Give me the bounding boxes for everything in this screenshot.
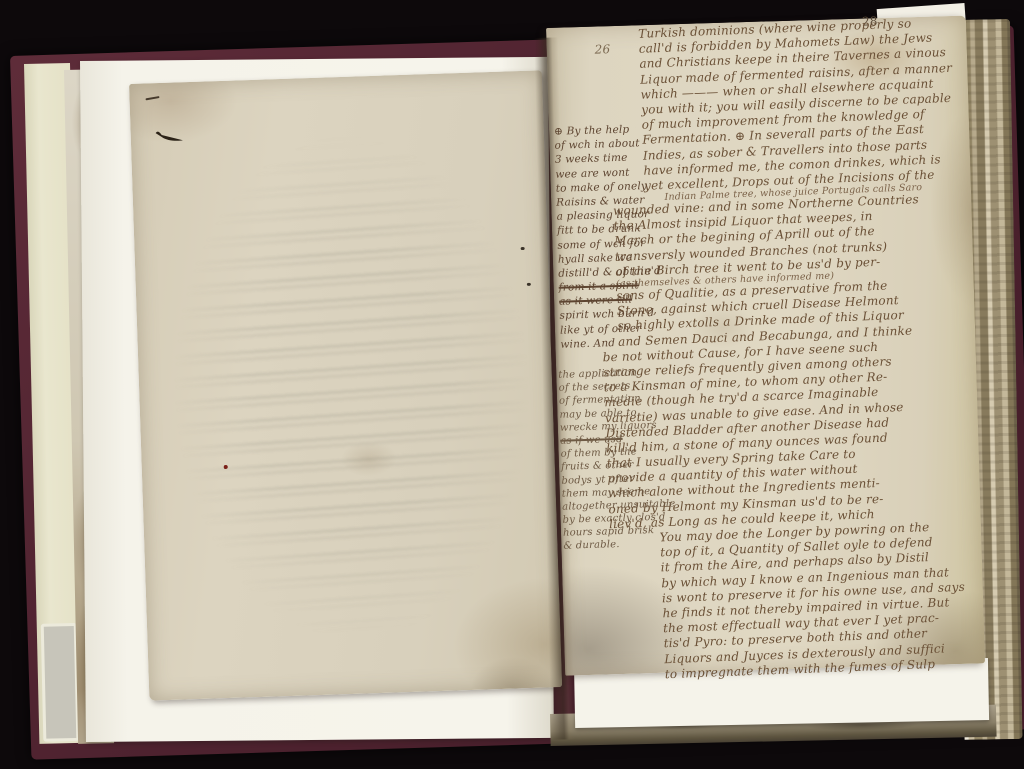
main-text-block: Turkish dominions (where wine properly s…: [588, 15, 961, 684]
ink-blot-mark: [153, 128, 188, 145]
left-manuscript-leaf: [129, 70, 562, 700]
margin-notes-lower: the applicationof the secretsof fermenta…: [558, 366, 673, 554]
ink-show-through: [165, 129, 539, 648]
ink-speck: [527, 283, 531, 286]
right-manuscript-leaf: 28 26 Turkish dominions (where wine prop…: [546, 16, 985, 676]
margin-notes-upper: ⊕ By the helpof wch in about3 weeks time…: [554, 122, 671, 352]
endpaper-inner-panel: [41, 623, 80, 742]
red-speck: [224, 465, 228, 469]
photograph-of-open-manuscript-volume: { "colors":{ "background":"#0d090b", "co…: [0, 0, 1024, 769]
ink-dash-mark: [145, 96, 159, 100]
